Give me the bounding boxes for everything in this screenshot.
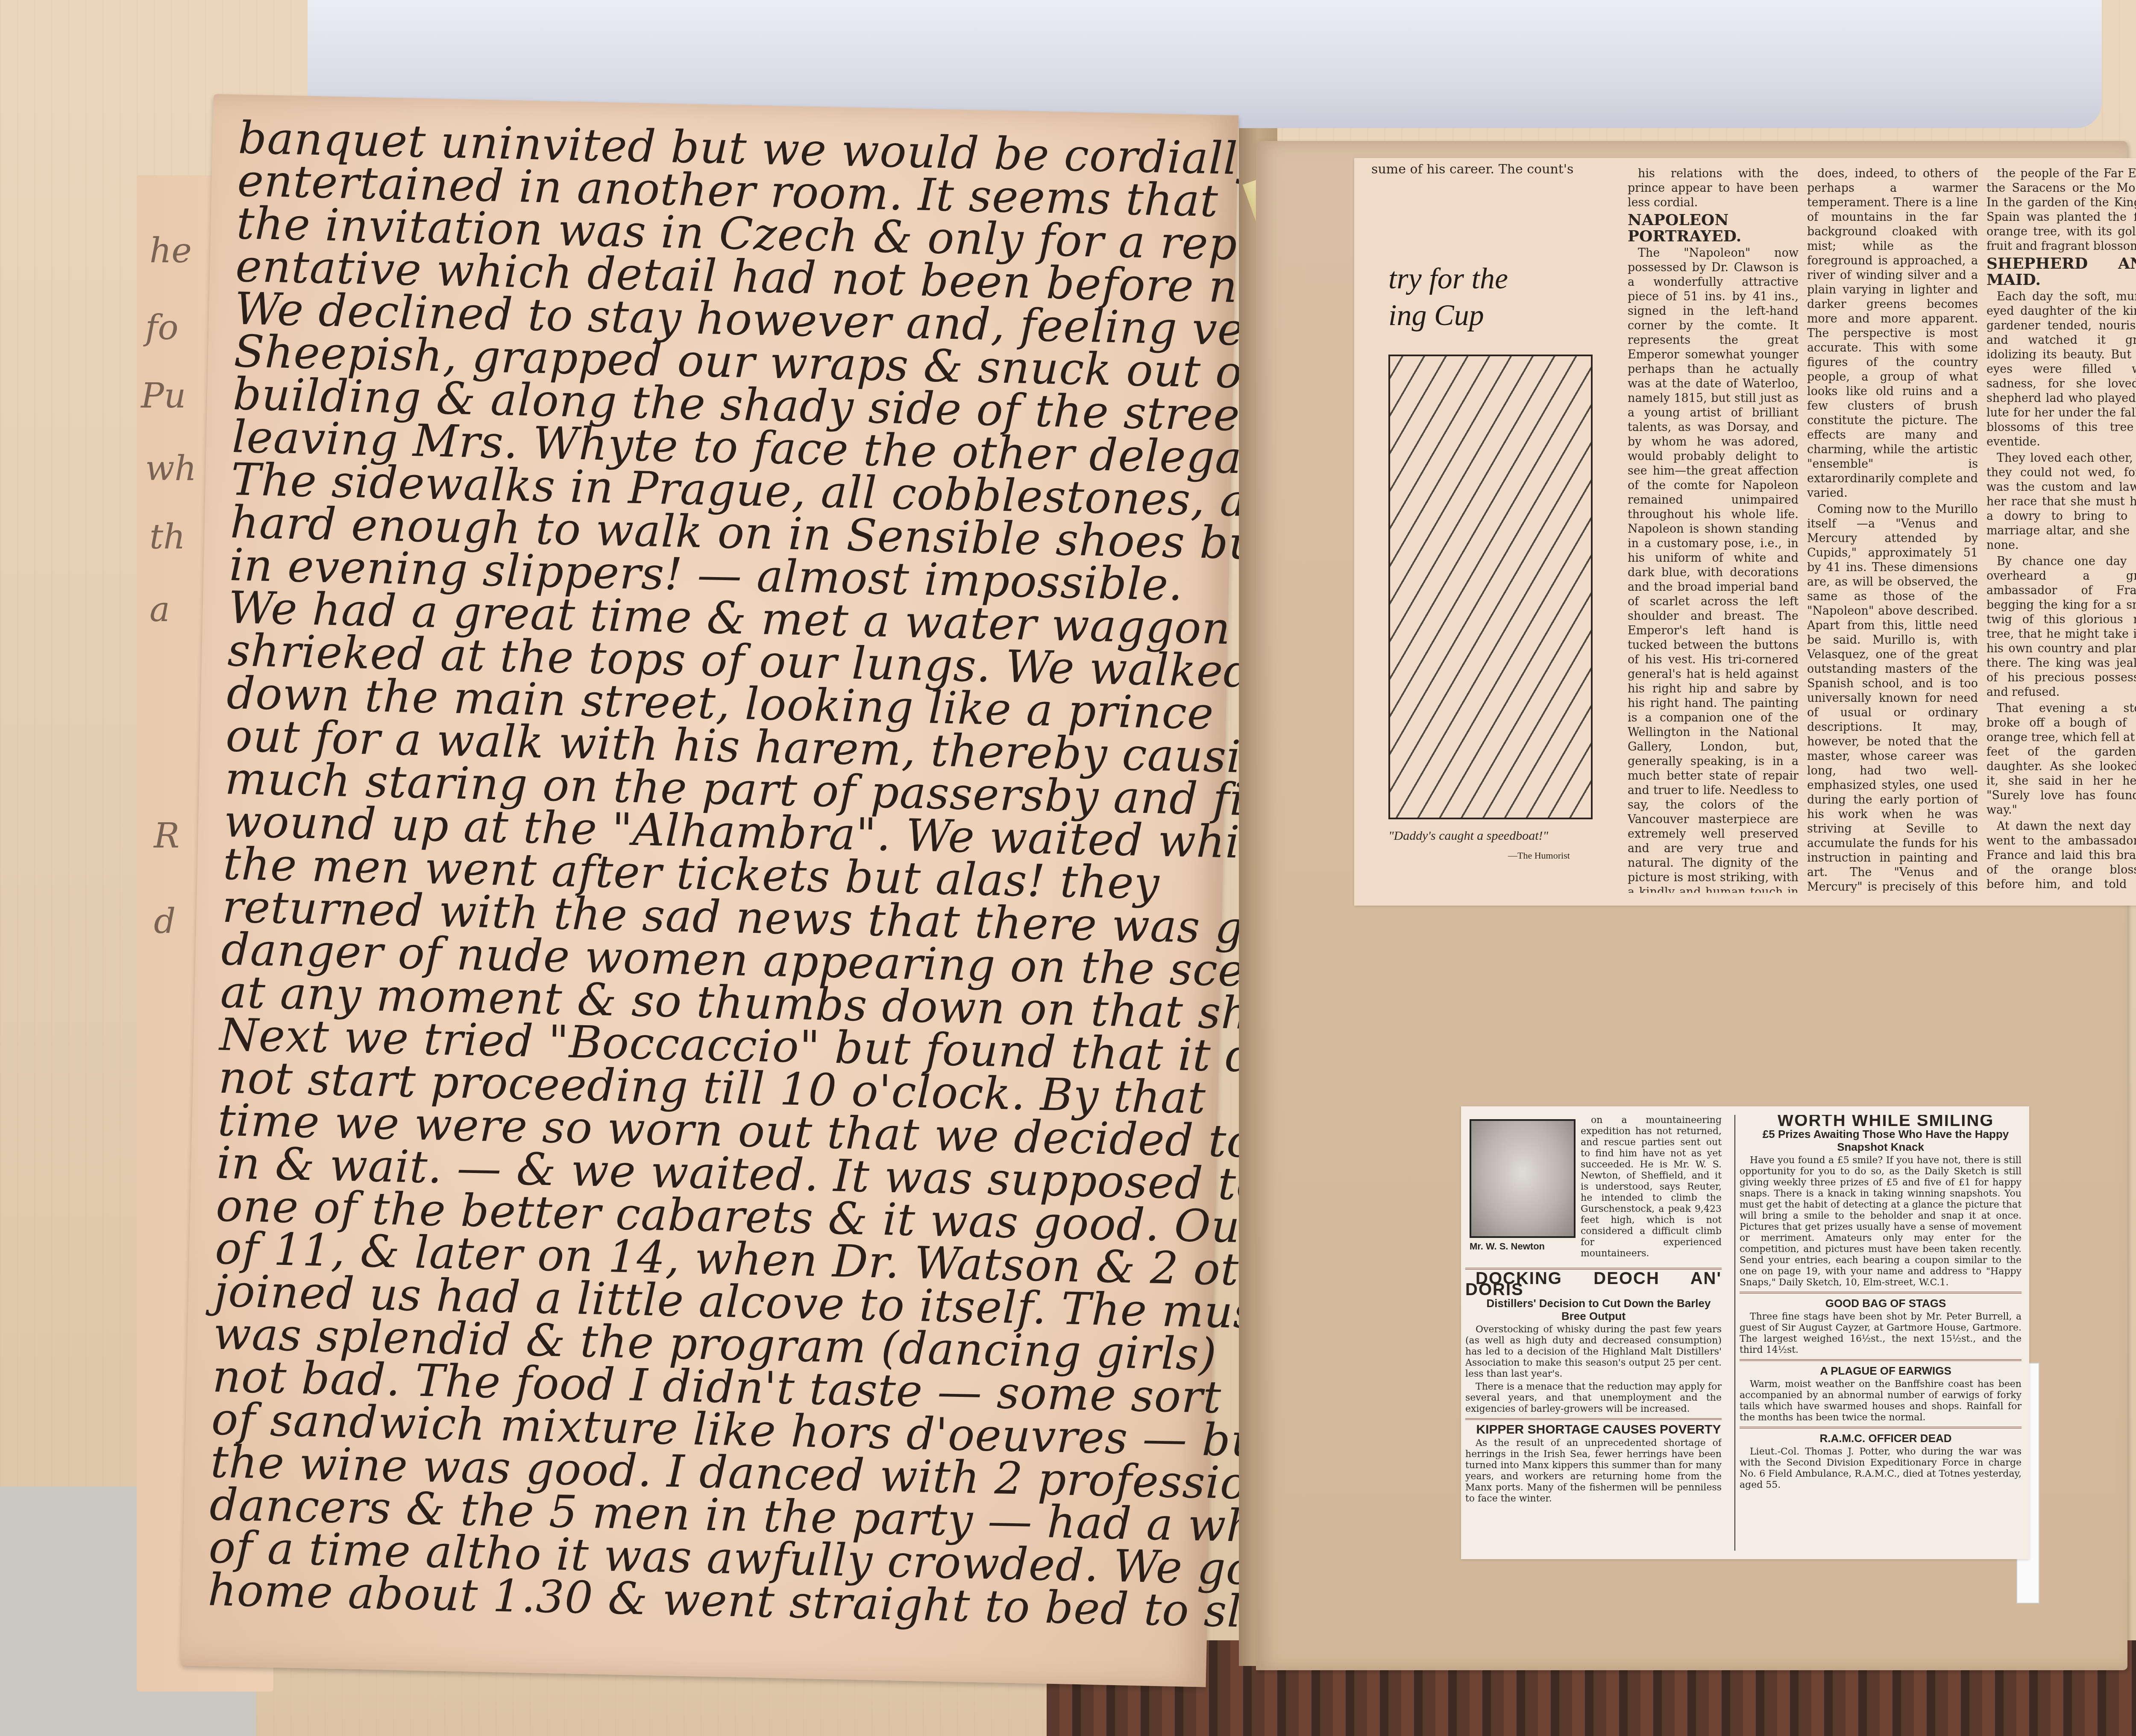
newspaper-clipping-top: sume of his career. The count's try for …	[1354, 158, 2136, 906]
newspaper-clipping-bottom: Mr. W. S. Newton on a mountaineering exp…	[1461, 1106, 2029, 1559]
paragraph: Lieut.-Col. Thomas J. Potter, who during…	[1740, 1446, 2022, 1491]
headline: A PLAGUE OF EARWIGS	[1740, 1364, 2022, 1377]
cartoon-title-line: try for the	[1388, 261, 1508, 297]
subheadline: £5 Prizes Awaiting Those Who Have the Ha…	[1740, 1128, 2022, 1153]
divider	[1740, 1427, 2022, 1428]
divider	[1465, 1418, 1722, 1420]
fragment: R	[154, 816, 179, 856]
paragraph: does, indeed, to others of perhaps a war…	[1807, 167, 1978, 501]
lead-text: his relations with the prince appear to …	[1628, 167, 1799, 210]
portrait-photo	[1470, 1119, 1576, 1238]
paragraph: At dawn the next day she went to the amb…	[1986, 819, 2136, 893]
paragraph: By chance one day she overheard a great …	[1986, 554, 2136, 700]
cartoon-title: try for the ing Cup	[1388, 261, 1508, 334]
paragraph: The "Napoleon" now possessed by Dr. Claw…	[1628, 246, 1799, 893]
left-news-column: DOCKING DEOCH AN' DORIS Distillers' Deci…	[1465, 1264, 1722, 1551]
paragraph: on a mountaineering expedition has not r…	[1581, 1115, 1722, 1259]
paragraph: Have you found a £5 smile? If you have n…	[1740, 1155, 2022, 1288]
paragraph: As the result of an unprecedented shorta…	[1465, 1438, 1722, 1504]
paragraph: Coming now to the Murillo itself —a "Ven…	[1807, 502, 1978, 893]
cartoon-illustration	[1388, 355, 1593, 819]
photo-caption: Mr. W. S. Newton	[1470, 1241, 1545, 1252]
headline: WORTH WHILE SMILING	[1740, 1115, 2022, 1126]
fragment: d	[154, 901, 176, 941]
paragraph: There is a menace that the reduction may…	[1465, 1381, 1722, 1415]
divider	[1740, 1359, 2022, 1361]
cartoon-caption: "Daddy's caught a speedboat!"	[1388, 829, 1548, 843]
paragraph: Warm, moist weather on the Banffshire co…	[1740, 1379, 2022, 1423]
cartoon-credit: —The Humorist	[1508, 850, 1570, 861]
fragment: wh	[145, 449, 197, 488]
cartoon: try for the ing Cup "Daddy's caught a sp…	[1380, 184, 1611, 884]
headline: DOCKING DEOCH AN' DORIS	[1465, 1273, 1722, 1295]
handwritten-journal-page: banquet uninvited but we would be cordia…	[181, 94, 1239, 1687]
fragment: Pu	[141, 376, 186, 416]
headline: R.A.M.C. OFFICER DEAD	[1740, 1432, 2022, 1445]
divider	[1740, 1292, 2022, 1293]
headline: GOOD BAG OF STAGS	[1740, 1297, 2022, 1310]
subheadline: Distillers' Decision to Cut Down the Bar…	[1465, 1297, 1722, 1323]
right-news-column: WORTH WHILE SMILING £5 Prizes Awaiting T…	[1734, 1115, 2022, 1551]
paragraph: Three fine stags have been shot by Mr. P…	[1740, 1311, 2022, 1356]
lead-text: the people of the Far East, the Saracens…	[1986, 167, 2136, 254]
fragment: fo	[145, 308, 179, 347]
section-heading: SHEPHERD AND MAID.	[1986, 255, 2136, 288]
fragment: a	[150, 589, 170, 629]
paragraph: They loved each other, but they could no…	[1986, 451, 2136, 553]
cartoon-title-line: ing Cup	[1388, 297, 1508, 334]
section-heading: NAPOLEON PORTRAYED.	[1628, 212, 1799, 244]
newton-story: on a mountaineering expedition has not r…	[1581, 1115, 1722, 1260]
fragment: th	[150, 517, 185, 557]
article-column-murillo: does, indeed, to others of perhaps a war…	[1807, 167, 1978, 893]
scrapbook: he fo Pu wh th a W a I wa s R d banquet …	[162, 85, 2136, 1709]
article-column-shepherd: the people of the Far East, the Saracens…	[1986, 167, 2136, 893]
article-column-napoleon: his relations with the prince appear to …	[1628, 167, 1799, 893]
scrapbook-page: sume of his career. The count's try for …	[1256, 141, 2127, 1670]
paragraph: Each day the soft, murky-eyed daughter o…	[1986, 290, 2136, 449]
paragraph: That evening a storm broke off a bough o…	[1986, 701, 2136, 818]
fragment: he	[150, 231, 192, 270]
paragraph: Overstocking of whisky during the past f…	[1465, 1324, 1722, 1380]
top-fragment: sume of his career. The count's	[1371, 162, 1611, 177]
headline: KIPPER SHORTAGE CAUSES POVERTY	[1465, 1423, 1722, 1436]
